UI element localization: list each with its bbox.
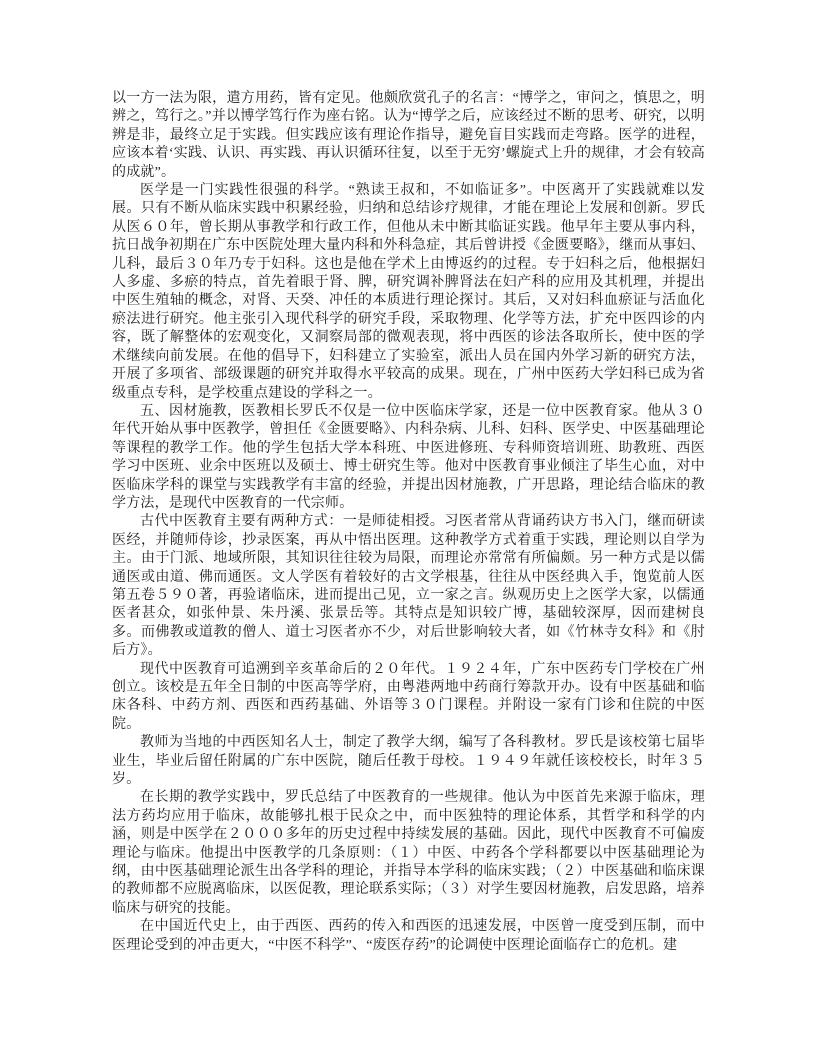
paragraph-5: 现代中医教育可追溯到辛亥革命后的２０年代。１９２４年，广东中医药专门学校在广州创… bbox=[112, 661, 705, 735]
paragraph-7: 在长期的教学实践中，罗氏总结了中医教育的一些规律。他认为中医首先来源于临床，理法… bbox=[112, 789, 705, 918]
paragraph-3: 五、因材施教，医教相长罗氏不仅是一位中医临床学家，还是一位中医教育家。他从３０年… bbox=[112, 403, 705, 513]
text-block: 以一方一法为限，遣方用药，皆有定见。他颇欣赏孔子的名言：“博学之，审问之，慎思之… bbox=[112, 90, 705, 955]
paragraph-2: 医学是一门实践性很强的科学。“熟读王叔和，不如临证多”。中医离开了实践就难以发展… bbox=[112, 182, 705, 403]
paragraph-4: 古代中医教育主要有两种方式：一是师徒相授。习医者常从背诵药诀方书入门，继而研读医… bbox=[112, 513, 705, 660]
document-page: 以一方一法为限，遣方用药，皆有定见。他颇欣赏孔子的名言：“博学之，审问之，慎思之… bbox=[0, 0, 816, 1056]
paragraph-8: 在中国近代史上，由于西医、西药的传入和西医的迅速发展，中医曾一度受到压制，而中医… bbox=[112, 918, 705, 955]
paragraph-6: 教师为当地的中西医知名人士，制定了教学大纲，编写了各科教材。罗氏是该校第七届毕业… bbox=[112, 734, 705, 789]
paragraph-1: 以一方一法为限，遣方用药，皆有定见。他颇欣赏孔子的名言：“博学之，审问之，慎思之… bbox=[112, 90, 705, 182]
